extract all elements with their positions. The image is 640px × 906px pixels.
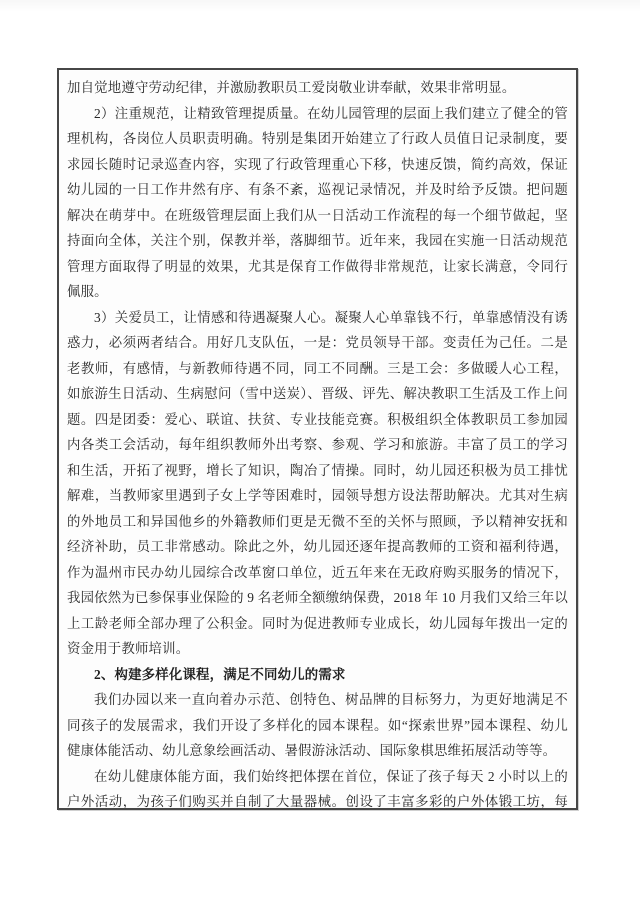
scan-artifact-strip <box>0 0 640 12</box>
document-table-cell-frame: 加自觉地遵守劳动纪律，并激励教职员工爱岗敬业讲奉献，效果非常明显。 2）注重规范… <box>57 68 578 810</box>
section-heading-2: 2、构建多样化课程，满足不同幼儿的需求 <box>67 662 568 688</box>
paragraph-continuation: 加自觉地遵守劳动纪律，并激励教职员工爱岗敬业讲奉献，效果非常明显。 <box>67 75 568 101</box>
paragraph-section-1-2: 2）注重规范，让精致管理提质量。在幼儿园管理的层面上我们建立了健全的管理机构，各… <box>67 101 568 305</box>
paragraph-section-1-3: 3）关爱员工，让情感和待遇凝聚人心。凝聚人心单靠钱不行，单靠感情没有诱惑力，必须… <box>67 305 568 662</box>
paragraph-section-2-intro: 我们办园以来一直向着办示范、创特色、树品牌的目标努力，为更好地满足不同孩子的发展… <box>67 687 568 764</box>
paragraph-section-2-health: 在幼儿健康体能方面，我们始终把体摆在首位，保证了孩子每天 2 小时以上的户外活动… <box>67 764 568 811</box>
scanned-document-page: 水印 加自觉地遵守劳动纪律，并激励教职员工爱岗敬业讲奉献，效果非常明显。 2）注… <box>0 0 640 906</box>
